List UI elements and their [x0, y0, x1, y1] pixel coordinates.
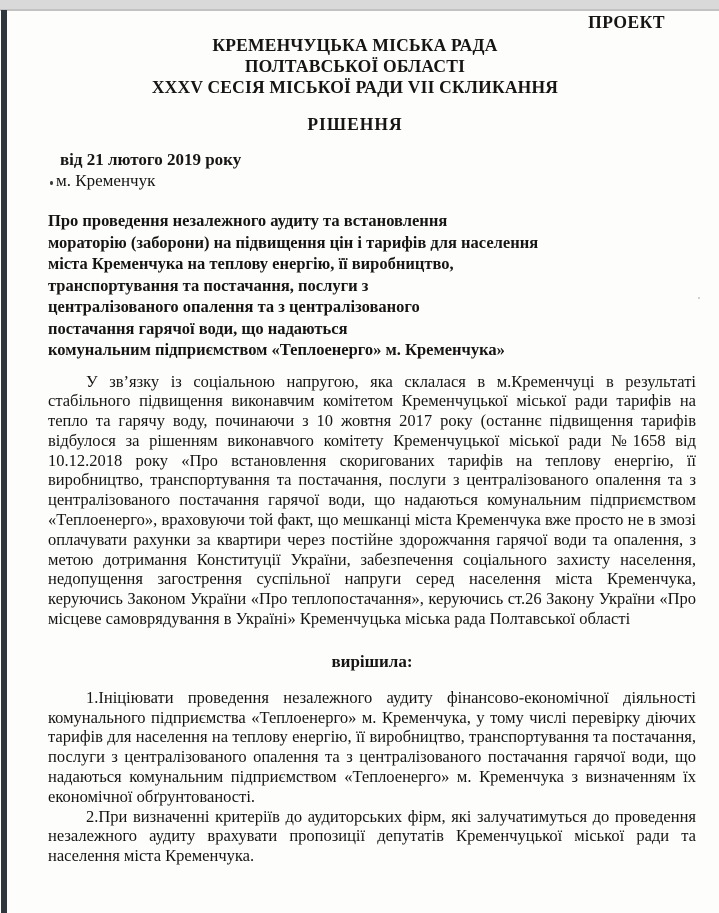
scan-edge-left [1, 10, 7, 913]
subject-line: централізованого опалення та з централіз… [48, 296, 696, 318]
subject-line: транспортування та постачання, послуги з [48, 275, 696, 297]
preamble-paragraph: У зв’язку із соціальною напругою, яка ск… [48, 372, 696, 629]
subject-line: Про проведення незалежного аудиту та вст… [48, 210, 696, 232]
resolution-item-1: 1.Ініціювати проведення незалежного ауди… [48, 688, 696, 807]
scan-speck [50, 181, 53, 185]
scanned-document: { "doc": { "project_label": "ПРОЕКТ", "h… [0, 0, 719, 913]
document-page: ПРОЕКТ КРЕМЕНЧУЦЬКА МІСЬКА РАДА ПОЛТАВСЬ… [48, 0, 696, 866]
resolution-item-2: 2.При визначенні критеріїв до аудиторськ… [48, 807, 696, 866]
resolved-label: вирішила: [48, 652, 696, 672]
scan-speck [698, 297, 700, 299]
document-type: РІШЕННЯ [48, 114, 662, 135]
scan-speck [155, 157, 157, 159]
scan-edge-top [0, 0, 719, 11]
subject-line: комунальним підприємством «Теплоенерго» … [48, 339, 696, 361]
subject-block: Про проведення незалежного аудиту та вст… [48, 210, 696, 361]
document-city: м. Кременчук [48, 170, 696, 191]
session-title: XXXV СЕСІЯ МІСЬКОЇ РАДИ VII СКЛИКАННЯ [48, 77, 662, 98]
subject-line: мораторію (заборони) на підвищення цін і… [48, 232, 696, 254]
subject-line: міста Кременчука на теплову енергію, її … [48, 253, 696, 275]
council-name: КРЕМЕНЧУЦЬКА МІСЬКА РАДА [48, 35, 662, 56]
draft-label: ПРОЕКТ [48, 12, 696, 32]
region-name: ПОЛТАВСЬКОЇ ОБЛАСТІ [48, 56, 662, 77]
document-header: КРЕМЕНЧУЦЬКА МІСЬКА РАДА ПОЛТАВСЬКОЇ ОБЛ… [48, 35, 662, 135]
subject-line: постачання гарячої води, що надаються [48, 318, 696, 340]
document-date: від 21 лютого 2019 року [48, 149, 696, 170]
